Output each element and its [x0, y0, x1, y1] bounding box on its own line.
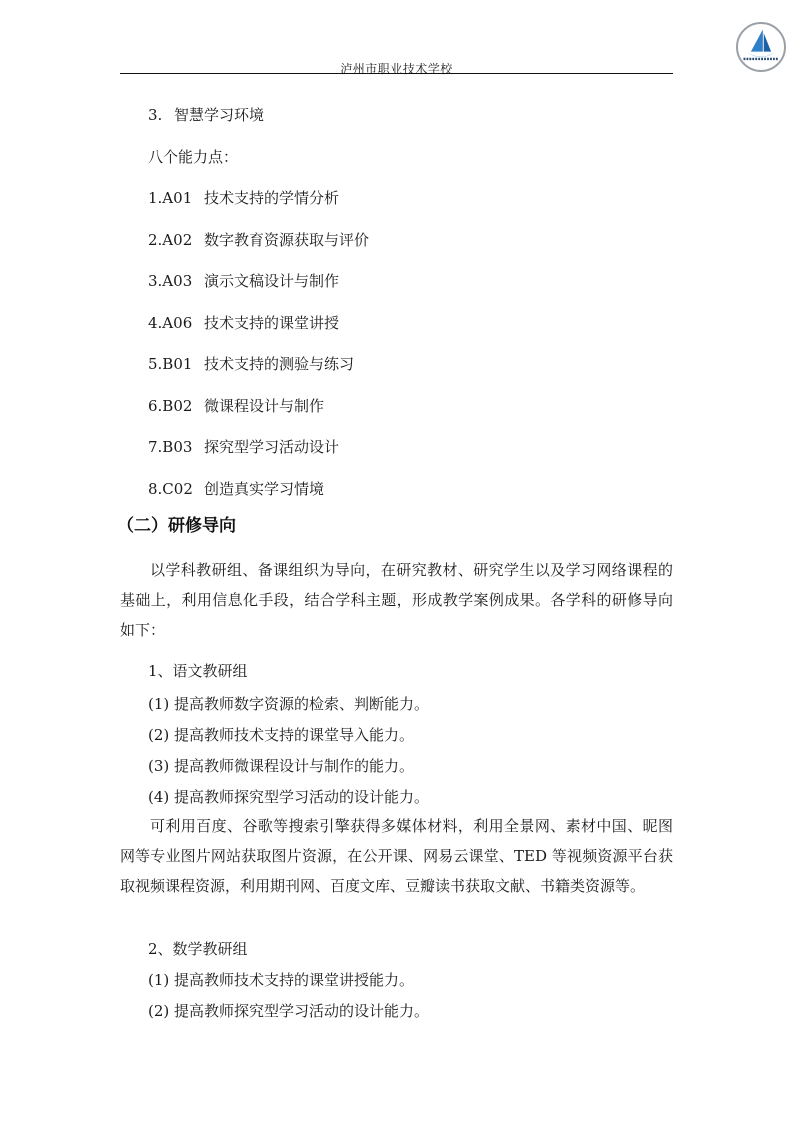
- ability-label: 微课程设计与制作: [204, 397, 324, 415]
- ability-point-item: 5.B01技术支持的测验与练习: [148, 353, 354, 374]
- ability-label: 技术支持的学情分析: [204, 189, 339, 207]
- section-intro-paragraph: 以学科教研组、备课组织为导向，在研究教材、研究学生以及学习网络课程的基础上，利用…: [120, 555, 673, 645]
- environment-item: 3.智慧学习环境: [148, 104, 264, 125]
- ability-label: 技术支持的测验与练习: [204, 355, 354, 373]
- group-item: (2) 提高教师探究型学习活动的设计能力。: [148, 1000, 429, 1021]
- school-logo-icon: [736, 22, 786, 72]
- ability-label: 数字教育资源获取与评价: [204, 231, 369, 249]
- ability-point-item: 1.A01技术支持的学情分析: [148, 187, 339, 208]
- ability-label: 创造真实学习情境: [204, 480, 324, 498]
- ability-label: 探究型学习活动设计: [204, 438, 339, 456]
- group-title: 1、语文教研组: [148, 660, 248, 681]
- group-item: (4) 提高教师探究型学习活动的设计能力。: [148, 786, 429, 807]
- ability-code: 3.A03: [148, 272, 204, 290]
- sailboat-icon: [738, 24, 784, 70]
- ability-point-item: 3.A03演示文稿设计与制作: [148, 270, 339, 291]
- ability-code: 1.A01: [148, 189, 204, 207]
- ability-code: 7.B03: [148, 438, 204, 456]
- header-school-name: 泸州市职业技术学校: [120, 60, 673, 77]
- ability-point-item: 2.A02数字教育资源获取与评价: [148, 229, 369, 250]
- document-page: 泸州市职业技术学校 3.智慧学习环境 八个能力点： 1.A01技术支持的学情分析…: [0, 0, 793, 1122]
- ability-label: 技术支持的课堂讲授: [204, 314, 339, 332]
- ability-point-item: 6.B02微课程设计与制作: [148, 395, 324, 416]
- group-item: (1) 提高教师技术支持的课堂讲授能力。: [148, 969, 414, 990]
- ability-label: 演示文稿设计与制作: [204, 272, 339, 290]
- group-item: (3) 提高教师微课程设计与制作的能力。: [148, 755, 414, 776]
- section-heading: （二）研修导向: [117, 511, 236, 536]
- group-item: (1) 提高教师数字资源的检索、判断能力。: [148, 693, 429, 714]
- group-note-paragraph: 可利用百度、谷歌等搜索引擎获得多媒体材料，利用全景网、素材中国、昵图网等专业图片…: [120, 811, 673, 901]
- environment-number: 3.: [148, 106, 174, 124]
- group-item: (2) 提高教师技术支持的课堂导入能力。: [148, 724, 414, 745]
- ability-points-title: 八个能力点：: [148, 146, 238, 167]
- environment-label: 智慧学习环境: [174, 106, 264, 124]
- group-title: 2、数学教研组: [148, 938, 248, 959]
- ability-point-item: 8.C02创造真实学习情境: [148, 478, 324, 499]
- ability-code: 6.B02: [148, 397, 204, 415]
- ability-point-item: 4.A06技术支持的课堂讲授: [148, 312, 339, 333]
- ability-point-item: 7.B03探究型学习活动设计: [148, 436, 339, 457]
- header-divider: [120, 73, 673, 74]
- ability-code: 4.A06: [148, 314, 204, 332]
- ability-code: 2.A02: [148, 231, 204, 249]
- ability-code: 5.B01: [148, 355, 204, 373]
- ability-code: 8.C02: [148, 480, 204, 498]
